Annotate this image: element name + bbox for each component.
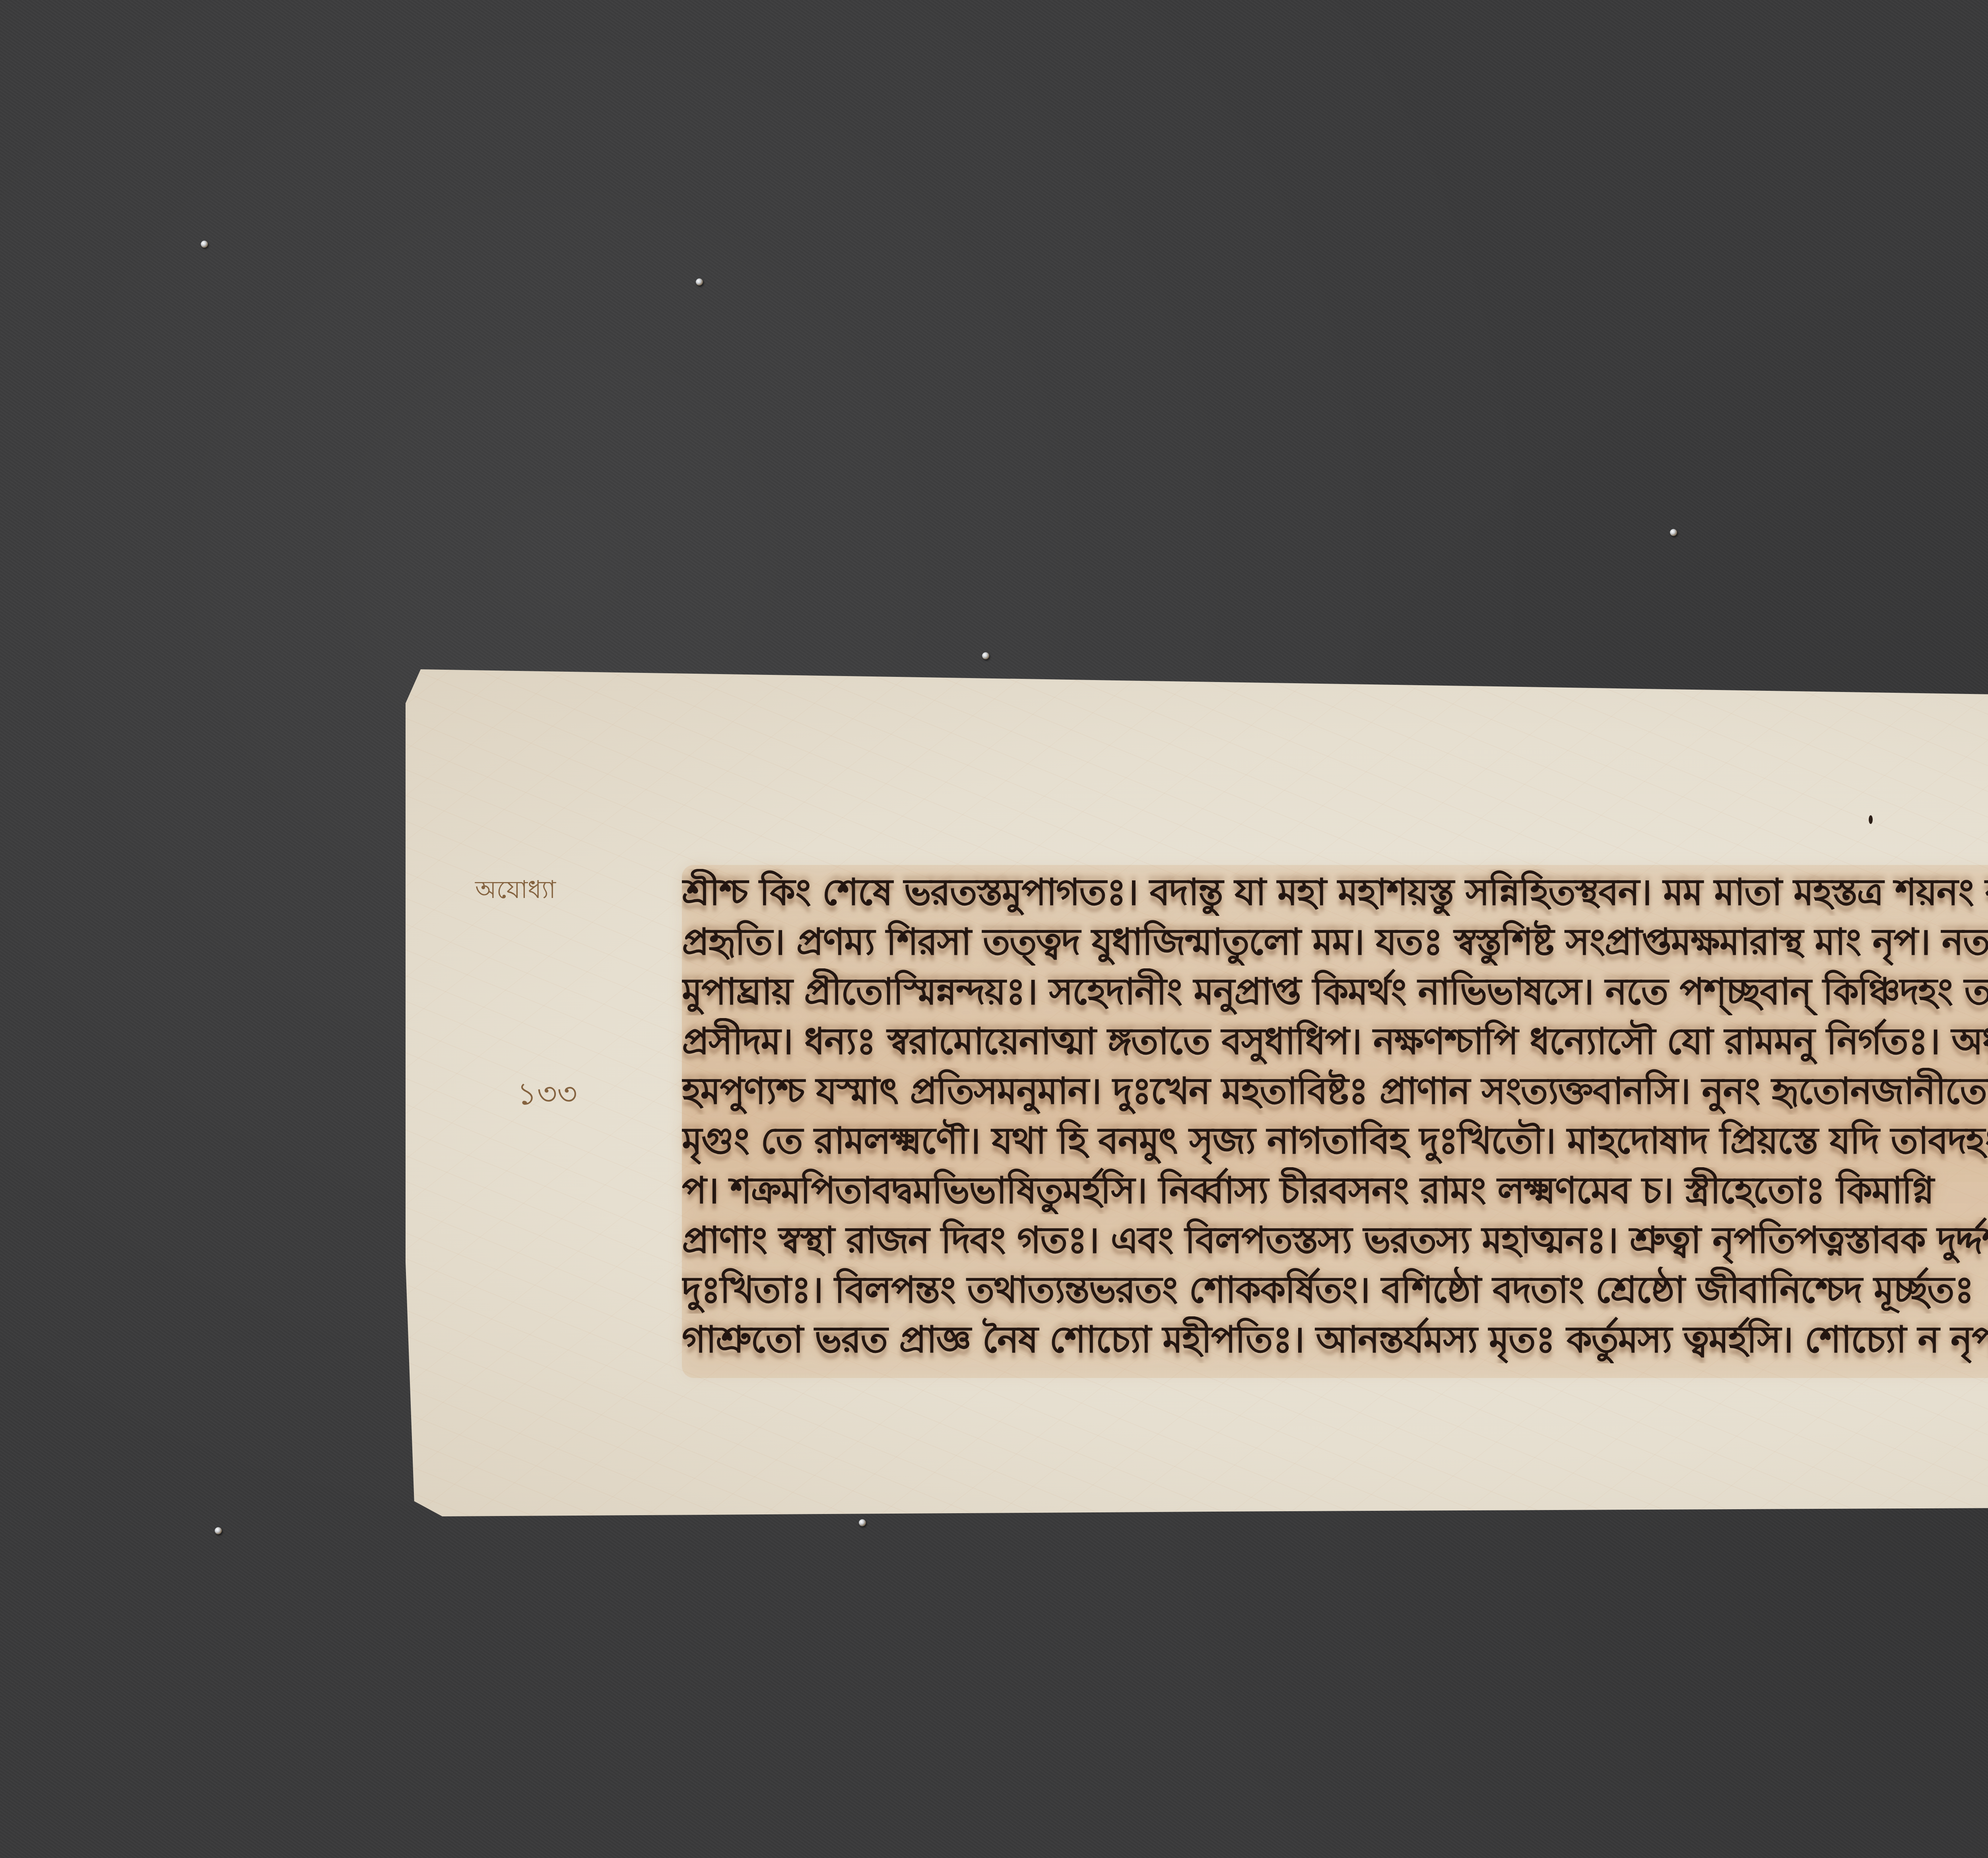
text-line-2: প্রহৃতি। প্রণম্য শিরসা তত্ত্বদ যুধাজিন্ম…	[682, 919, 1988, 966]
mount-pin	[859, 1519, 866, 1526]
mount-pin	[215, 1527, 222, 1534]
text-line-10: গাশ্রুতো ভরত প্রাজ্ঞ নৈষ শোচ্যো মহীপতিঃ।…	[682, 1316, 1988, 1363]
mount-pin	[982, 652, 989, 659]
folio-number-left: ১৩৩	[517, 1070, 577, 1121]
text-line-3: মুপাঘ্রায় প্রীতোস্মিন্নন্দয়ঃ। সহেদানীং…	[682, 968, 1988, 1015]
mount-pin	[201, 241, 208, 248]
text-line-6: মৃগুং তে রামলক্ষ্মণৌ। যথা হি বনমুৎ সৃজ্য…	[682, 1118, 1988, 1164]
manuscript-text-block: শ্রীশ্চ কিং শেষে ভরতস্তমুপাগতঃ। বদান্তু …	[682, 865, 1988, 1378]
text-line-4: প্রসীদম। ধন্যঃ স্বরামোয়েনাত্মা ঙ্গতাতে …	[682, 1018, 1988, 1065]
text-line-1: শ্রীশ্চ কিং শেষে ভরতস্তমুপাগতঃ। বদান্তু …	[682, 869, 1988, 916]
mount-pin	[1670, 529, 1677, 536]
text-line-9: দুঃখিতাঃ। বিলপন্তং তথাত্যন্তভরতং শোককর্ষ…	[682, 1267, 1988, 1314]
text-line-5: হমপুণ্যশ্চ যস্মাৎ প্রতিসমনুমান। দুঃখেন ম…	[682, 1068, 1988, 1115]
margin-title: অযোধ্যা	[475, 871, 556, 912]
mount-pin	[696, 278, 703, 286]
text-line-7: প। শক্রমপিতাবদ্বমভিভাষিতুমর্হসি। নির্ব্ব…	[682, 1167, 1988, 1214]
text-line-8: প্রাণাং স্বস্থা রাজন দিবং গতঃ। এবং বিলপত…	[682, 1217, 1988, 1264]
ink-speck	[1869, 815, 1873, 824]
